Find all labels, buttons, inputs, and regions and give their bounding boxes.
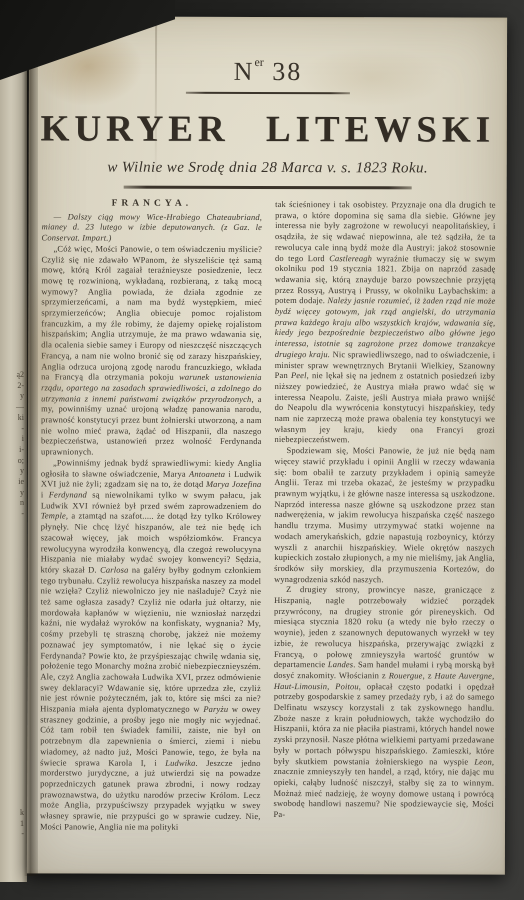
text-segment: , nie lękał się na jednem z ostatnich po… xyxy=(275,370,496,444)
text-segment: Z drugiey strony, prowincye nasze, grani… xyxy=(274,584,495,669)
text-segment: Spodziewam się, Mości Panowie, że już ni… xyxy=(274,445,495,584)
paragraph: — Dalszy ciąg mowy Wice-Hrabiego Chateau… xyxy=(42,211,263,244)
italic-text-segment: Ferdynand xyxy=(49,489,87,499)
scanned-newspaper-photo: ą2 2- y — ki - i i- o; y ie y n - k 1 - … xyxy=(0,0,524,900)
italic-text-segment: Ludwika xyxy=(165,757,195,767)
issue-number-prefix: N xyxy=(234,57,255,86)
article-column-right: tak ścieśnioney i tak osobistey. Przyzna… xyxy=(273,199,495,848)
newspaper-page: Ner 38 KURYER LITEWSKI w Wilnie we Srodę… xyxy=(27,16,507,874)
text-segment: na galéry byłby godnym członkiem tego tr… xyxy=(40,565,261,714)
article-column-left: FRANCYA. — Dalszy ciąg mowy Wice-Hrabieg… xyxy=(40,198,262,847)
adjacent-page-edge: ą2 2- y — ki - i i- o; y ie y n - k 1 - xyxy=(0,70,27,882)
paragraph: tak ścieśnioney i tak osobistey. Przyzna… xyxy=(275,199,496,446)
italic-text-segment: Castlereagh xyxy=(329,253,372,263)
article-columns: FRANCYA. — Dalszy ciąg mowy Wice-Hrabieg… xyxy=(27,188,507,847)
text-segment: . Jeszcze jedno morderstwo jurydyczne, a… xyxy=(40,757,261,831)
issue-number-superscript: er xyxy=(254,55,263,69)
text-segment: „Cóż więc, Mości Panowie, o tem oświadcz… xyxy=(41,243,262,382)
italic-text-segment: Carlosa xyxy=(100,564,128,574)
paragraph: „Cóż więc, Mości Panowie, o tem oświadcz… xyxy=(41,243,262,458)
text-segment: , z xyxy=(423,670,435,680)
italic-text-segment: — Dalszy ciąg mowy Wice-Hrabiego Chateau… xyxy=(42,211,263,243)
paragraph: „Powinniśmy jednak bydź sprawiedliwymi: … xyxy=(40,457,261,832)
paper-stain xyxy=(297,47,447,107)
italic-text-segment: Temple xyxy=(41,511,66,521)
paragraph: Z drugiey strony, prowincye nasze, grani… xyxy=(274,584,495,820)
italic-text-segment: Paryżu xyxy=(203,704,228,714)
italic-text-segment: Rouergue xyxy=(389,670,423,680)
newspaper-title: KURYER LITEWSKI xyxy=(29,107,507,151)
section-heading: FRANCYA. xyxy=(42,198,263,209)
italic-text-segment: Antoaneta xyxy=(189,468,225,478)
italic-text-segment: Leon xyxy=(474,756,492,766)
italic-text-segment: Marya Jozefina xyxy=(206,479,261,489)
italic-text-segment: Peel xyxy=(291,370,307,380)
text-segment: , opłacał często podatki i opędzał potrz… xyxy=(274,681,495,766)
dateline: w Wilnie we Srodę dnia 28 Marca v. s. 18… xyxy=(29,159,507,177)
paragraph: Spodziewam się, Mości Panowie, że już ni… xyxy=(274,445,495,585)
text-segment: i xyxy=(41,489,49,499)
gutter-shadow xyxy=(24,14,38,876)
italic-text-segment: Landes xyxy=(328,659,353,669)
